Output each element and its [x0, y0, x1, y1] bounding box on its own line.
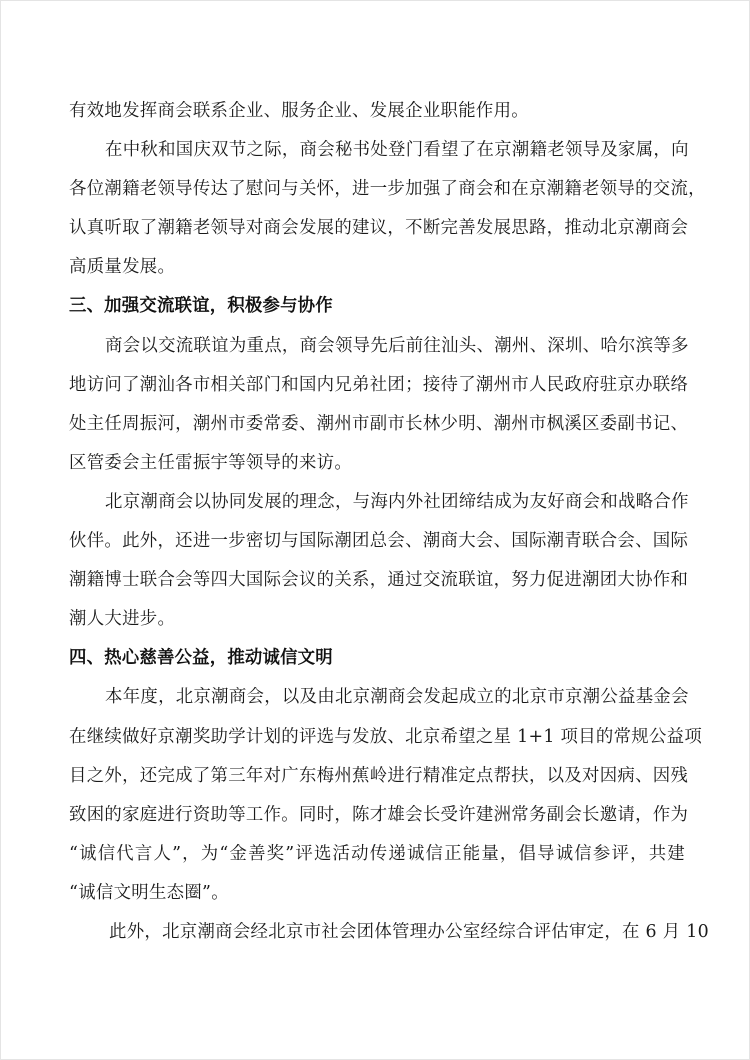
text-line: 区管委会主任雷振宇等领导的来访。	[69, 444, 685, 483]
text-line: 高质量发展。	[69, 248, 685, 287]
paragraph-charity: 本年度，北京潮商会，以及由北京潮商会发起成立的北京市京潮公益基金会 在继续做好京…	[69, 678, 685, 913]
paragraph-closing-fragment: 有效地发挥商会联系企业、服务企业、发展企业职能作用。	[69, 92, 685, 131]
text-line: “诚信代言人”，为“金善奖”评选活动传递诚信正能量，倡导诚信参评，共建	[69, 835, 685, 874]
text-line: 目之外，还完成了第三年对广东梅州蕉岭进行精准定点帮扶，以及对因病、因残	[69, 757, 685, 796]
text-line: 认真听取了潮籍老领导对商会发展的建议，不断完善发展思路，推动北京潮商会	[69, 209, 685, 248]
text-line: 各位潮籍老领导传达了慰问与关怀，进一步加强了商会和在京潮籍老领导的交流，	[69, 170, 685, 209]
heading-text: 三、加强交流联谊，积极参与协作	[69, 287, 685, 326]
text-line: 潮籍博士联合会等四大国际会议的关系，通过交流联谊，努力促进潮团大协作和	[69, 561, 685, 600]
text-line: 潮人大进步。	[69, 600, 685, 639]
text-line: 在继续做好京潮奖助学计划的评选与发放、北京希望之星 1+1 项目的常规公益项	[69, 718, 685, 757]
paragraph-evaluation: 此外，北京潮商会经北京市社会团体管理办公室经综合评估审定，在 6 月 10	[69, 913, 685, 952]
paragraph-festival-visits: 在中秋和国庆双节之际，商会秘书处登门看望了在京潮籍老领导及家属，向 各位潮籍老领…	[69, 131, 685, 287]
text-line: 地访问了潮汕各市相关部门和国内兄弟社团；接待了潮州市人民政府驻京办联络	[69, 366, 685, 405]
text-line: 本年度，北京潮商会，以及由北京潮商会发起成立的北京市京潮公益基金会	[69, 678, 685, 717]
paragraph-partnerships: 北京潮商会以协同发展的理念，与海内外社团缔结成为友好商会和战略合作 伙伴。此外，…	[69, 483, 685, 639]
section-heading-4: 四、热心慈善公益，推动诚信文明	[69, 639, 685, 678]
text-line: 商会以交流联谊为重点，商会领导先后前往汕头、潮州、深圳、哈尔滨等多	[69, 327, 685, 366]
document-body: 有效地发挥商会联系企业、服务企业、发展企业职能作用。 在中秋和国庆双节之际，商会…	[69, 92, 685, 952]
text-line: 北京潮商会以协同发展的理念，与海内外社团缔结成为友好商会和战略合作	[69, 483, 685, 522]
paragraph-exchange-visits: 商会以交流联谊为重点，商会领导先后前往汕头、潮州、深圳、哈尔滨等多 地访问了潮汕…	[69, 327, 685, 483]
heading-text: 四、热心慈善公益，推动诚信文明	[69, 639, 685, 678]
text-line: 伙伴。此外，还进一步密切与国际潮团总会、潮商大会、国际潮青联合会、国际	[69, 522, 685, 561]
text-line: “诚信文明生态圈”。	[69, 874, 685, 913]
text-line: 处主任周振河，潮州市委常委、潮州市副市长林少明、潮州市枫溪区委副书记、	[69, 405, 685, 444]
text-line: 有效地发挥商会联系企业、服务企业、发展企业职能作用。	[69, 92, 685, 131]
document-page: 有效地发挥商会联系企业、服务企业、发展企业职能作用。 在中秋和国庆双节之际，商会…	[0, 0, 750, 1060]
text-line: 致困的家庭进行资助等工作。同时，陈才雄会长受许建洲常务副会长邀请，作为	[69, 796, 685, 835]
text-line: 在中秋和国庆双节之际，商会秘书处登门看望了在京潮籍老领导及家属，向	[69, 131, 685, 170]
text-line: 此外，北京潮商会经北京市社会团体管理办公室经综合评估审定，在 6 月 10	[69, 913, 685, 952]
section-heading-3: 三、加强交流联谊，积极参与协作	[69, 287, 685, 326]
